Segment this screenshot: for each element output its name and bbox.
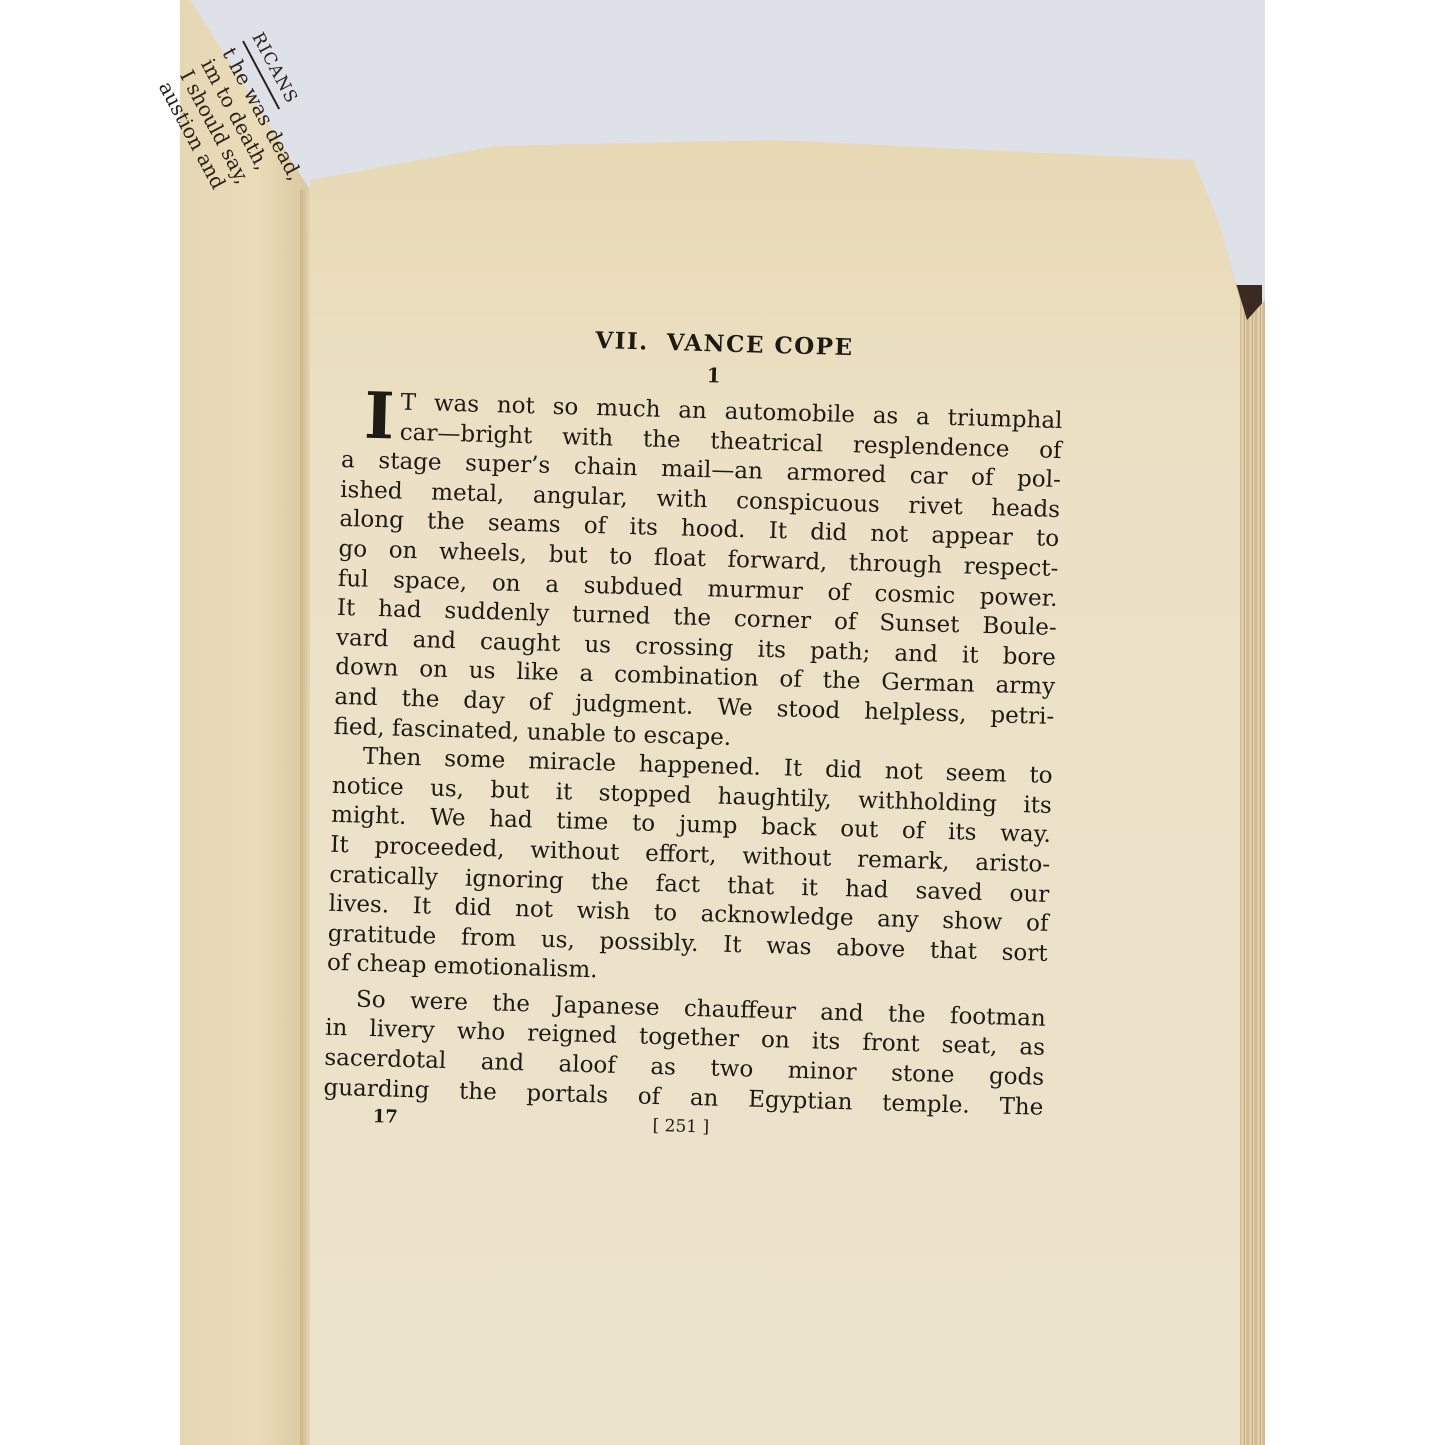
signature-mark: 17 [372, 1106, 398, 1128]
chapter-name: VANCE COPE [666, 329, 854, 361]
left-page [180, 0, 310, 1445]
book-photo: RICANS t he was dead, im to death, I sho… [0, 0, 1445, 1445]
drop-cap: I [364, 390, 395, 445]
right-page-content: VII.VANCE COPE 1 I T was not so much an … [322, 320, 1064, 1155]
paragraph-2: Then some miracle happened. It did not s… [327, 742, 1053, 999]
paragraph-1: I T was not so much an automobile as a t… [333, 387, 1063, 762]
chapter-numeral: VII. [595, 327, 649, 355]
paragraph-3: So were the Japanese chauffeur and the f… [323, 985, 1046, 1123]
page-number: [ 251 ] [652, 1116, 709, 1138]
